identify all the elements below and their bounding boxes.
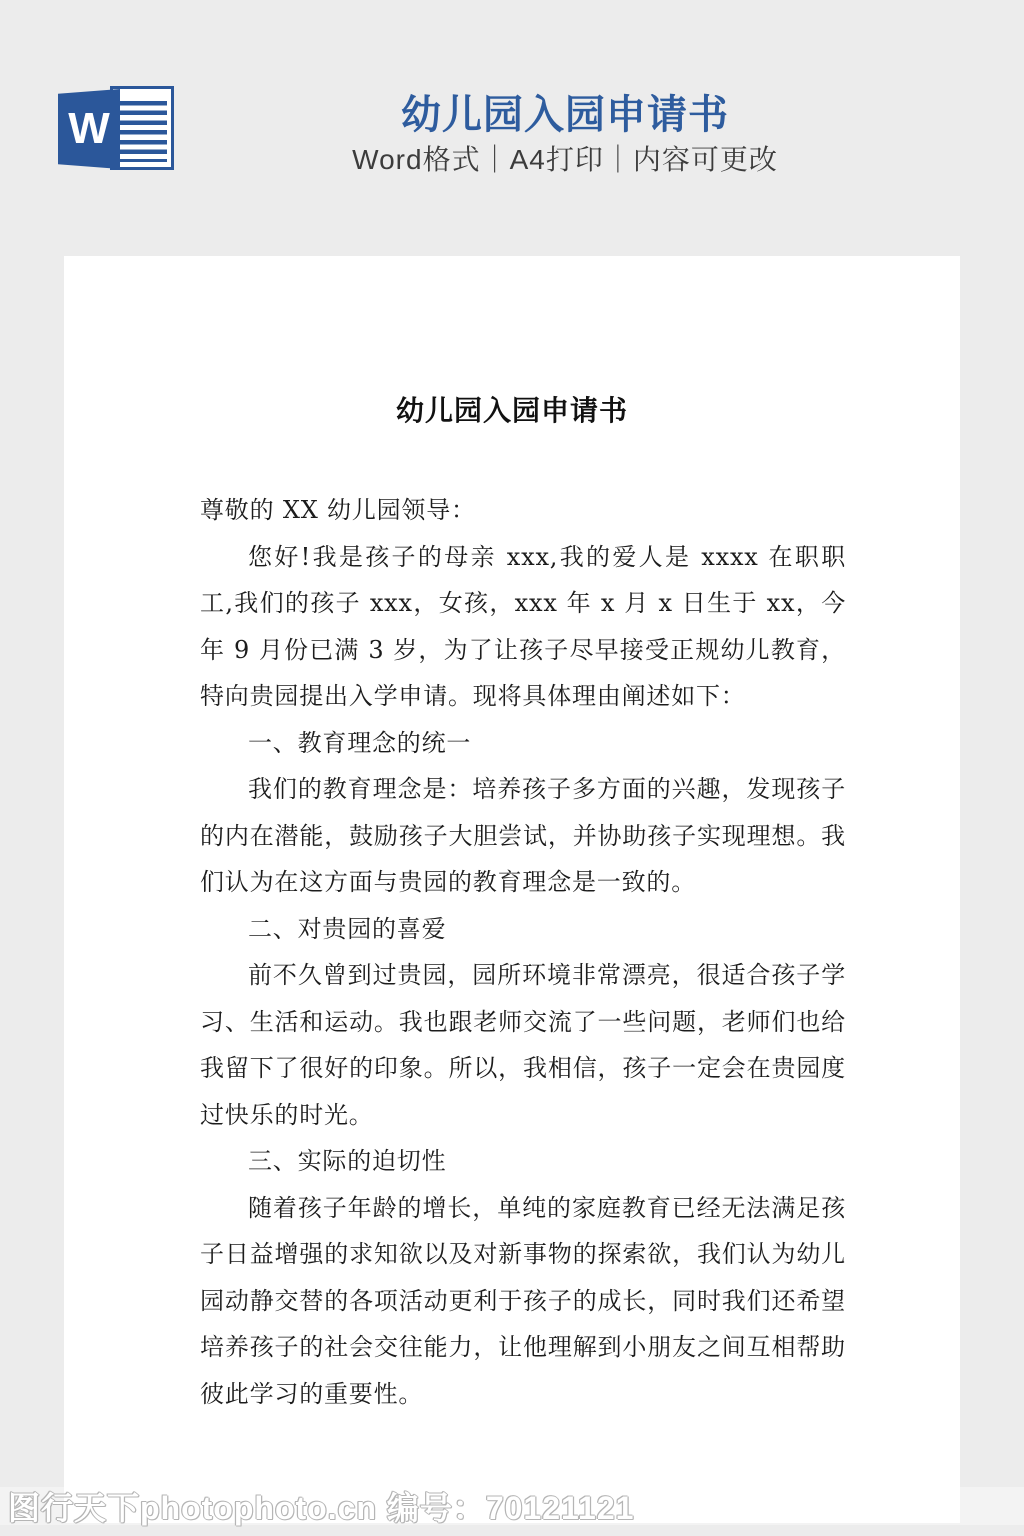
template-subtitle: Word格式｜A4打印｜内容可更改 — [352, 144, 778, 176]
section-2-heading: 二、对贵园的喜爱 — [200, 906, 846, 953]
watermark-bar: 图行天下photophoto.cn 编号：70121121 — [0, 1487, 1024, 1525]
word-logo-icon: W — [58, 86, 174, 172]
word-letter-w: W — [68, 107, 110, 151]
template-header: W 幼儿园入园申请书 Word格式｜A4打印｜内容可更改 — [0, 0, 1024, 256]
section-1-body: 我们的教育理念是：培养孩子多方面的兴趣，发现孩子的内在潜能，鼓励孩子大胆尝试，并… — [200, 766, 846, 906]
word-flag-icon: W — [58, 89, 120, 169]
template-title: 幼儿园入园申请书 — [352, 92, 778, 138]
header-text-block: 幼儿园入园申请书 Word格式｜A4打印｜内容可更改 — [352, 92, 778, 176]
salutation: 尊敬的 XX 幼儿园领导： — [200, 487, 846, 534]
intro-paragraph: 您好!我是孩子的母亲 xxx,我的爱人是 xxxx 在职职工,我们的孩子 xxx… — [200, 534, 846, 720]
document-page: 幼儿园入园申请书 尊敬的 XX 幼儿园领导：您好!我是孩子的母亲 xxx,我的爱… — [64, 256, 960, 1523]
section-1-heading: 一、教育理念的统一 — [200, 720, 846, 767]
document-body: 尊敬的 XX 幼儿园领导：您好!我是孩子的母亲 xxx,我的爱人是 xxxx 在… — [200, 487, 846, 1417]
section-3-body: 随着孩子年龄的增长，单纯的家庭教育已经无法满足孩子日益增强的求知欲以及对新事物的… — [200, 1185, 846, 1418]
section-3-heading: 三、实际的迫切性 — [200, 1138, 846, 1185]
document-title: 幼儿园入园申请书 — [64, 395, 960, 427]
section-2-body: 前不久曾到过贵园，园所环境非常漂亮，很适合孩子学习、生活和运动。我也跟老师交流了… — [200, 952, 846, 1138]
watermark-text: 图行天下photophoto.cn 编号：70121121 — [8, 1483, 634, 1529]
